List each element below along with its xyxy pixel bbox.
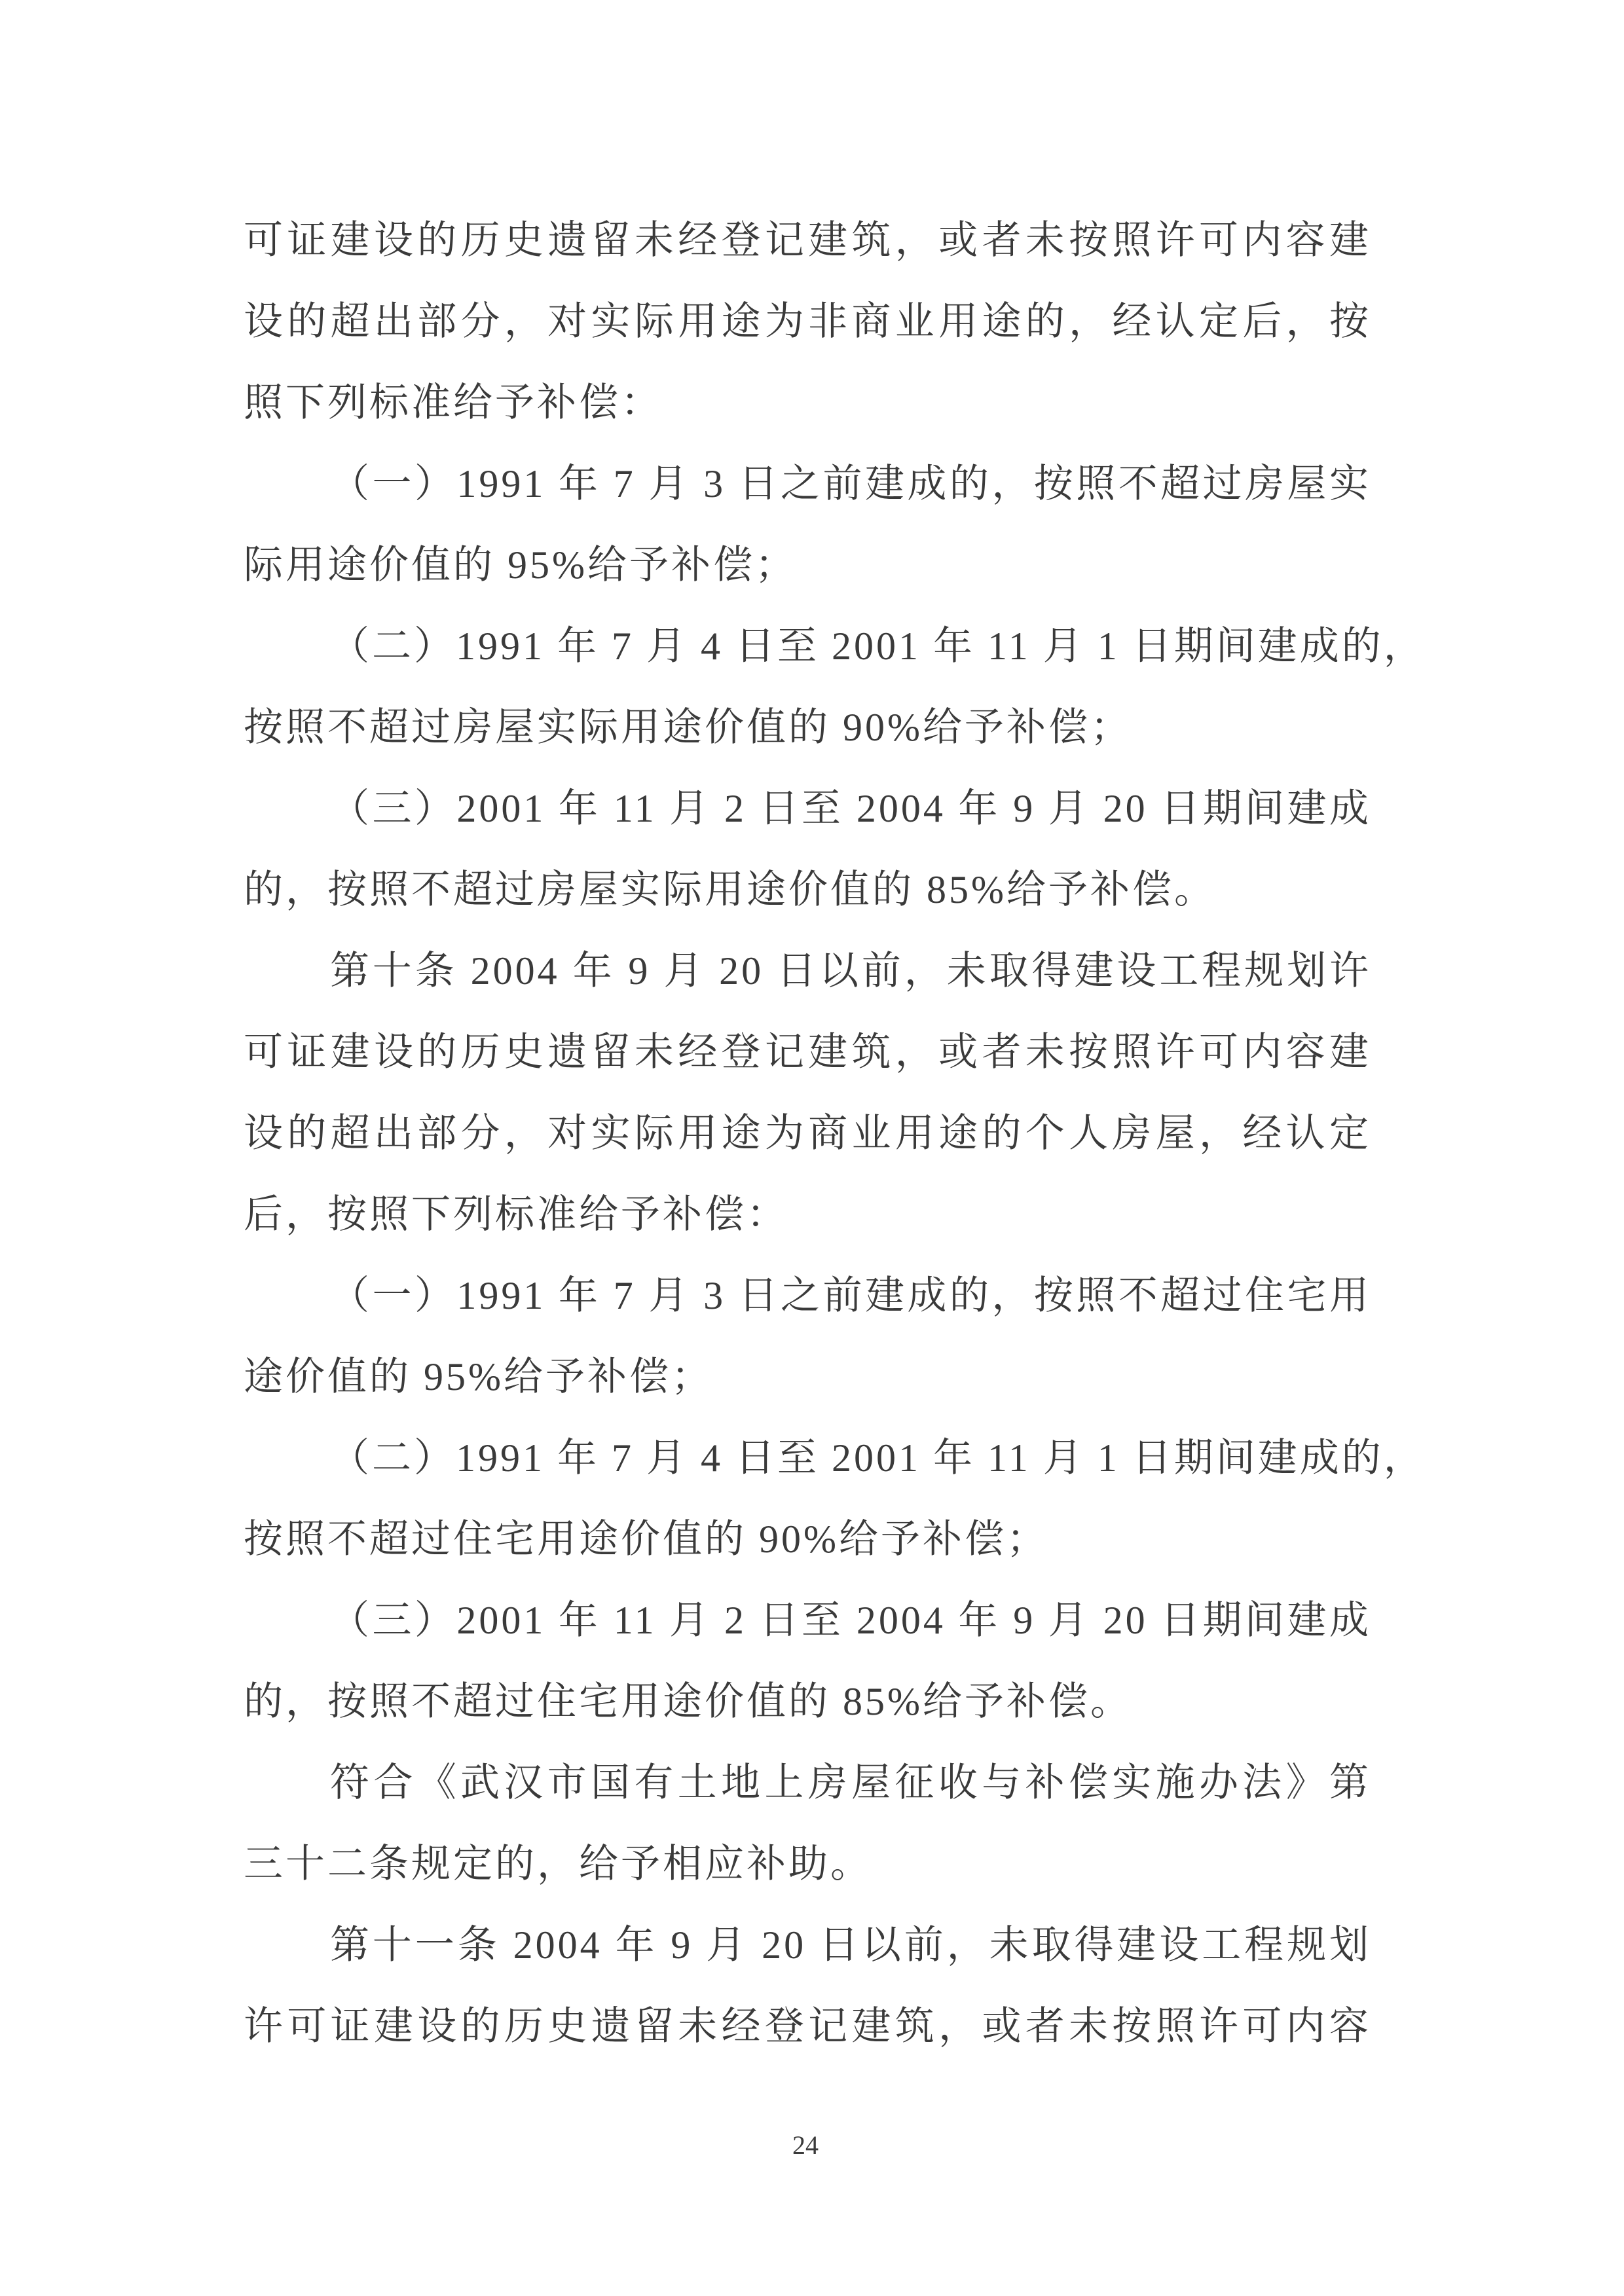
- text-line: 可证建设的历史遗留未经登记建筑，或者未按照许可内容建: [244, 200, 1371, 281]
- page-number: 24: [773, 2129, 838, 2162]
- body-text: 可证建设的历史遗留未经登记建筑，或者未按照许可内容建 设的超出部分，对实际用途为…: [244, 200, 1371, 2067]
- list-item-line: （一）1991 年 7 月 3 日之前建成的，按照不超过住宅用: [244, 1255, 1371, 1336]
- text-line: 设的超出部分，对实际用途为商业用途的个人房屋，经认定: [244, 1093, 1371, 1174]
- document-page: 可证建设的历史遗留未经登记建筑，或者未按照许可内容建 设的超出部分，对实际用途为…: [0, 0, 1624, 2296]
- text-line: 际用途价值的 95%给予补偿；: [244, 524, 1371, 606]
- text-line: 的，按照不超过房屋实际用途价值的 85%给予补偿。: [244, 849, 1371, 930]
- text-line: 后，按照下列标准给予补偿：: [244, 1174, 1371, 1255]
- list-item-line: （二）1991 年 7 月 4 日至 2001 年 11 月 1 日期间建成的，: [244, 606, 1371, 687]
- text-line: 可证建设的历史遗留未经登记建筑，或者未按照许可内容建: [244, 1011, 1371, 1093]
- text-line: 三十二条规定的，给予相应补助。: [244, 1823, 1371, 1904]
- article-heading-line: 第十一条 2004 年 9 月 20 日以前，未取得建设工程规划: [244, 1904, 1371, 1986]
- list-item-line: （一）1991 年 7 月 3 日之前建成的，按照不超过房屋实: [244, 443, 1371, 524]
- text-line: 途价值的 95%给予补偿；: [244, 1336, 1371, 1417]
- paragraph-line: 符合《武汉市国有土地上房屋征收与补偿实施办法》第: [244, 1742, 1371, 1823]
- text-line: 的，按照不超过住宅用途价值的 85%给予补偿。: [244, 1661, 1371, 1742]
- list-item-line: （三）2001 年 11 月 2 日至 2004 年 9 月 20 日期间建成: [244, 1580, 1371, 1661]
- text-line: 按照不超过房屋实际用途价值的 90%给予补偿；: [244, 687, 1371, 768]
- text-line: 照下列标准给予补偿：: [244, 362, 1371, 443]
- text-line: 许可证建设的历史遗留未经登记建筑，或者未按照许可内容: [244, 1986, 1371, 2067]
- article-heading-line: 第十条 2004 年 9 月 20 日以前，未取得建设工程规划许: [244, 930, 1371, 1011]
- text-line: 按照不超过住宅用途价值的 90%给予补偿；: [244, 1499, 1371, 1580]
- list-item-line: （二）1991 年 7 月 4 日至 2001 年 11 月 1 日期间建成的，: [244, 1417, 1371, 1499]
- text-line: 设的超出部分，对实际用途为非商业用途的，经认定后，按: [244, 281, 1371, 362]
- list-item-line: （三）2001 年 11 月 2 日至 2004 年 9 月 20 日期间建成: [244, 768, 1371, 849]
